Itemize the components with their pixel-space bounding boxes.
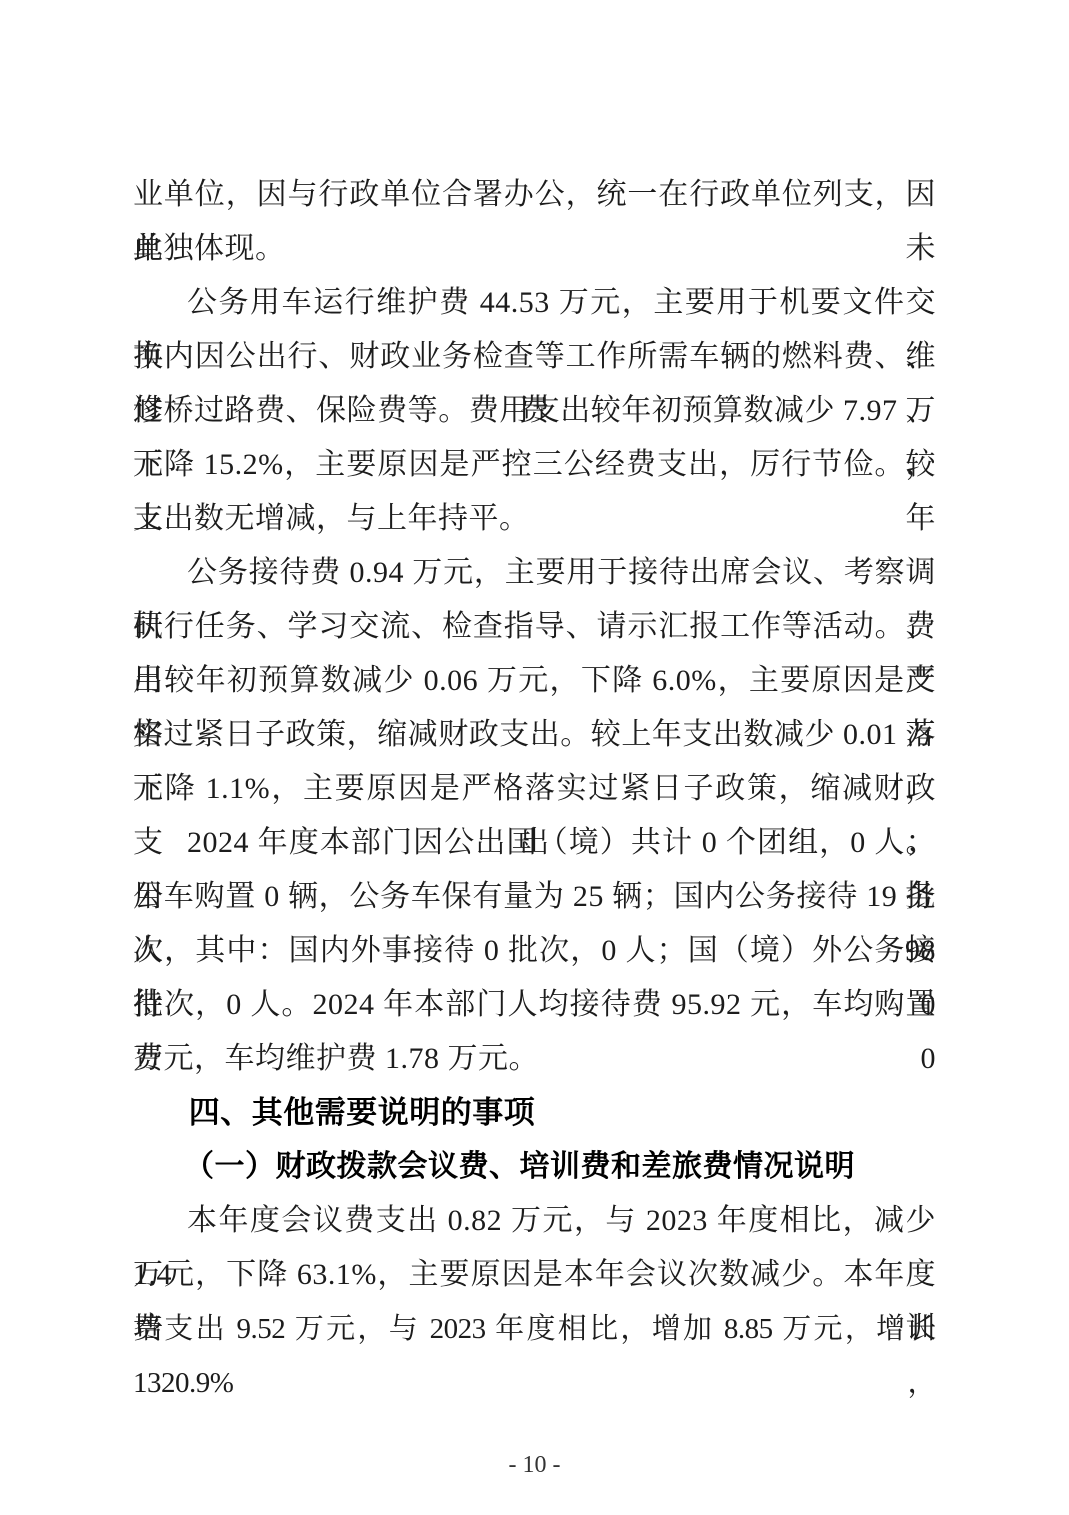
paragraph-first-line: 本年度会议费支出 0.82 万元，与 2023 年度相比，减少 1.4 bbox=[133, 1194, 936, 1248]
body-line: 实过紧日子政策，缩减财政支出。较上年支出数减少 0.01 万元， bbox=[133, 708, 936, 762]
document-page: 业单位，因与行政单位合署办公，统一在行政单位列支，因此未 单独体现。 公务用车运… bbox=[0, 0, 1069, 1515]
body-line: 执行任务、学习交流、检查指导、请示汇报工作等活动。费用支 bbox=[133, 600, 936, 654]
body-line: 过桥过路费、保险费等。费用支出较年初预算数减少 7.97 万元， bbox=[133, 384, 936, 438]
paragraph-first-line: 公务用车运行维护费 44.53 万元，主要用于机要文件交换、 bbox=[133, 276, 936, 330]
subsection-heading: （一）财政拨款会议费、培训费和差旅费情况说明 bbox=[133, 1140, 936, 1194]
body-line: 费支出 9.52 万元，与 2023 年度相比，增加 8.85 万元，增长 13… bbox=[133, 1302, 936, 1356]
document-body: 业单位，因与行政单位合署办公，统一在行政单位列支，因此未 单独体现。 公务用车运… bbox=[133, 168, 936, 1356]
paragraph-first-line: 2024 年度本部门因公出国（境）共计 0 个团组，0 人；公务 bbox=[133, 816, 936, 870]
body-line: 出较年初预算数减少 0.06 万元，下降 6.0%，主要原因是严格落 bbox=[133, 654, 936, 708]
body-line: 市内因公出行、财政业务检查等工作所需车辆的燃料费、维修费、 bbox=[133, 330, 936, 384]
body-line: 用车购置 0 辆，公务车保有量为 25 辆；国内公务接待 19 批次 98 bbox=[133, 870, 936, 924]
paragraph-first-line: 公务接待费 0.94 万元，主要用于接待出席会议、考察调研、 bbox=[133, 546, 936, 600]
body-line: 业单位，因与行政单位合署办公，统一在行政单位列支，因此未 bbox=[133, 168, 936, 222]
section-heading: 四、其他需要说明的事项 bbox=[133, 1086, 936, 1140]
paragraph-last-line: 下降 1.1%，主要原因是严格落实过紧日子政策，缩减财政支出。 bbox=[133, 762, 936, 816]
body-line: 人，其中：国内外事接待 0 批次，0 人；国（境）外公务接待 0 bbox=[133, 924, 936, 978]
body-line: 下降 15.2%，主要原因是严控三公经费支出，厉行节俭。较上年 bbox=[133, 438, 936, 492]
body-line: 批次，0 人。2024 年本部门人均接待费 95.92 元，车均购置费 0 bbox=[133, 978, 936, 1032]
body-line: 万元，下降 63.1%，主要原因是本年会议次数减少。本年度培训 bbox=[133, 1248, 936, 1302]
page-number: - 10 - bbox=[0, 1452, 1069, 1479]
